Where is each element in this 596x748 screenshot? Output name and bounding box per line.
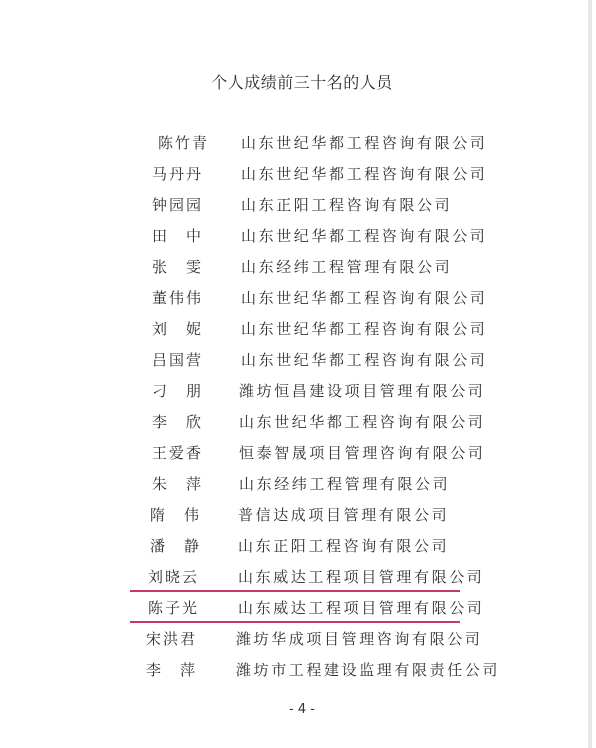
company-name: 山东正阳工程咨询有限公司 xyxy=(241,194,452,215)
list-item: 刘 妮 山东世纪华都工程咨询有限公司 xyxy=(0,313,596,344)
page-number: - 4 - xyxy=(0,702,596,717)
company-name: 山东世纪华都工程咨询有限公司 xyxy=(241,163,487,184)
company-name: 山东世纪华都工程咨询有限公司 xyxy=(241,287,487,308)
list-item: 陈竹青 山东世纪华都工程咨询有限公司 xyxy=(0,127,596,158)
company-name: 山东世纪华都工程咨询有限公司 xyxy=(239,411,485,432)
company-name: 普信达成项目管理有限公司 xyxy=(238,504,449,525)
company-name: 山东正阳工程咨询有限公司 xyxy=(238,535,449,556)
person-name: 田 中 xyxy=(152,225,203,246)
company-name: 山东威达工程项目管理有限公司 xyxy=(238,597,484,618)
person-name: 刘晓云 xyxy=(148,566,199,587)
list-item: 董伟伟 山东世纪华都工程咨询有限公司 xyxy=(0,282,596,313)
list-item-highlighted: 陈子光 山东威达工程项目管理有限公司 xyxy=(0,592,596,623)
person-name: 董伟伟 xyxy=(152,287,203,308)
list-item: 朱 萍 山东经纬工程管理有限公司 xyxy=(0,468,596,499)
person-name: 隋 伟 xyxy=(150,504,201,525)
person-name: 李 萍 xyxy=(146,659,197,680)
company-name: 山东经纬工程管理有限公司 xyxy=(239,473,450,494)
list-item: 宋洪君 潍坊华成项目管理咨询有限公司 xyxy=(0,623,596,654)
list-item: 李 欣 山东世纪华都工程咨询有限公司 xyxy=(0,406,596,437)
person-name: 刁 朋 xyxy=(152,380,203,401)
list-item: 田 中 山东世纪华都工程咨询有限公司 xyxy=(0,220,596,251)
company-name: 山东世纪华都工程咨询有限公司 xyxy=(241,225,487,246)
person-name: 宋洪君 xyxy=(146,628,197,649)
list-item-highlighted: 刘晓云 山东威达工程项目管理有限公司 xyxy=(0,561,596,592)
list-item: 潘 静 山东正阳工程咨询有限公司 xyxy=(0,530,596,561)
person-name: 潘 静 xyxy=(150,535,201,556)
list-item: 张 雯 山东经纬工程管理有限公司 xyxy=(0,251,596,282)
company-name: 潍坊华成项目管理咨询有限公司 xyxy=(236,628,482,649)
person-name: 王爱香 xyxy=(152,442,203,463)
list-item: 马丹丹 山东世纪华都工程咨询有限公司 xyxy=(0,158,596,189)
list-item: 隋 伟 普信达成项目管理有限公司 xyxy=(0,499,596,530)
person-name: 钟园园 xyxy=(152,194,203,215)
company-name: 山东世纪华都工程咨询有限公司 xyxy=(241,349,487,370)
company-name: 潍坊恒昌建设项目管理有限公司 xyxy=(239,380,485,401)
person-name: 朱 萍 xyxy=(152,473,203,494)
list-item: 吕国营 山东世纪华都工程咨询有限公司 xyxy=(0,344,596,375)
list-item: 李 萍 潍坊市工程建设监理有限责任公司 xyxy=(0,654,596,685)
person-name: 马丹丹 xyxy=(152,163,203,184)
person-name: 刘 妮 xyxy=(152,318,203,339)
company-name: 山东经纬工程管理有限公司 xyxy=(241,256,452,277)
person-name: 陈子光 xyxy=(148,597,199,618)
list-item: 王爱香 恒泰智晟项目管理咨询有限公司 xyxy=(0,437,596,468)
person-name: 李 欣 xyxy=(152,411,203,432)
person-name: 吕国营 xyxy=(152,349,203,370)
company-name: 潍坊市工程建设监理有限责任公司 xyxy=(236,659,500,680)
company-name: 山东威达工程项目管理有限公司 xyxy=(238,566,484,587)
person-name: 陈竹青 xyxy=(158,132,209,153)
company-name: 山东世纪华都工程咨询有限公司 xyxy=(241,318,487,339)
page-title: 个人成绩前三十名的人员 xyxy=(0,70,596,93)
company-name: 山东世纪华都工程咨询有限公司 xyxy=(241,132,487,153)
list-item: 刁 朋 潍坊恒昌建设项目管理有限公司 xyxy=(0,375,596,406)
document-page: 个人成绩前三十名的人员 陈竹青 山东世纪华都工程咨询有限公司 马丹丹 山东世纪华… xyxy=(0,0,592,748)
company-name: 恒泰智晟项目管理咨询有限公司 xyxy=(239,442,485,463)
person-name: 张 雯 xyxy=(152,256,203,277)
list-item: 钟园园 山东正阳工程咨询有限公司 xyxy=(0,189,596,220)
